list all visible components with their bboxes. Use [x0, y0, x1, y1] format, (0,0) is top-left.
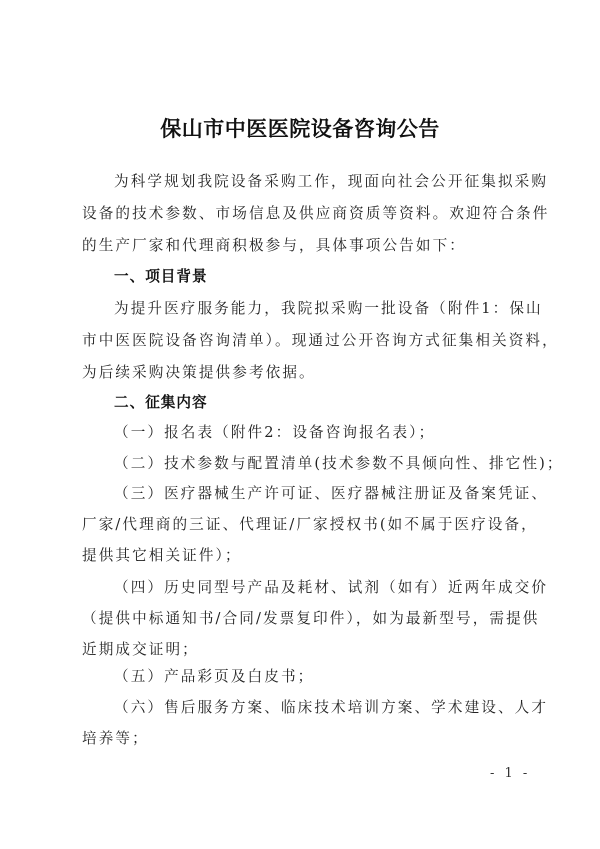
section-heading: 一、项目背景 — [114, 267, 522, 287]
paragraph-line: 培养等； — [82, 729, 522, 749]
paragraph-line: 为科学规划我院设备采购工作，现面向社会公开征集拟采购 — [114, 172, 522, 192]
paragraph-line: （六）售后服务方案、临床技术培训方案、学术建设、人才 — [114, 698, 522, 718]
paragraph-line: 为提升医疗服务能力，我院拟采购一批设备（附件1：保山 — [114, 299, 522, 319]
paragraph-line: （一）报名表（附件2：设备咨询报名表）； — [114, 423, 522, 443]
paragraph-line: 为后续采购决策提供参考依据。 — [82, 363, 522, 383]
paragraph-line: 提供其它相关证件）； — [82, 546, 522, 566]
paragraph-line: 近期成交证明； — [82, 640, 522, 660]
section-heading: 二、征集内容 — [114, 393, 522, 413]
page-number: - 1 - — [490, 766, 530, 781]
paragraph-line: （提供中标通知书/合同/发票复印件），如为最新型号，需提供 — [82, 609, 522, 629]
paragraph-line: 设备的技术参数、市场信息及供应商资质等资料。欢迎符合条件 — [82, 204, 522, 224]
paragraph-line: （三）医疗器械生产许可证、医疗器械注册证及备案凭证、 — [114, 484, 522, 504]
paragraph-line: （二）技术参数与配置清单(技术参数不具倾向性、排它性)； — [114, 454, 522, 474]
document-title: 保山市中医医院设备咨询公告 — [0, 113, 600, 143]
paragraph-line: 厂家/代理商的三证、代理证/厂家授权书(如不属于医疗设备， — [82, 515, 522, 535]
paragraph-line: 的生产厂家和代理商积极参与，具体事项公告如下： — [82, 236, 522, 256]
paragraph-line: 市中医医院设备咨询清单）。现通过公开咨询方式征集相关资料， — [82, 331, 522, 351]
paragraph-line: （四）历史同型号产品及耗材、试剂（如有）近两年成交价 — [114, 578, 522, 598]
paragraph-line: （五）产品彩页及白皮书； — [114, 667, 522, 687]
